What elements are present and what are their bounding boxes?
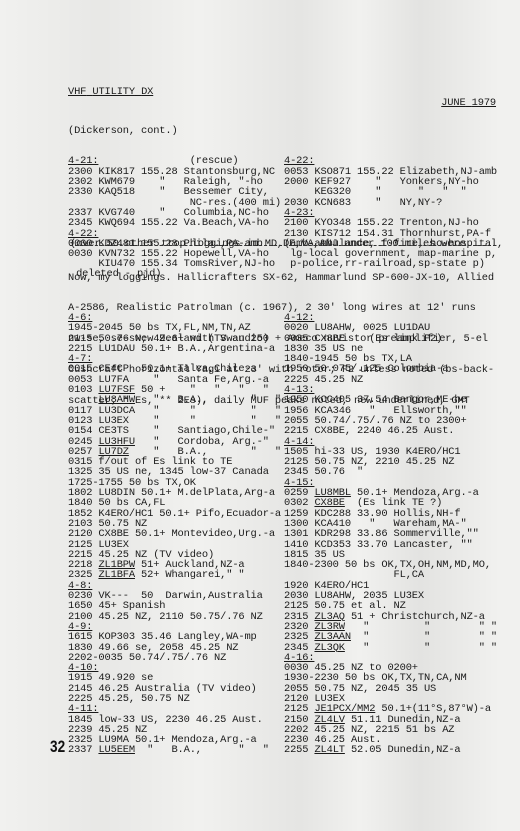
log-entry: 2325 ZL1BFA 52+ Whangarei," " [68, 570, 281, 580]
section-divider [70, 245, 496, 246]
new-station-callsign: ZL4LT [314, 744, 344, 756]
log-entry: 2202-0035 50.74/.75/.76 NZ [68, 653, 281, 663]
log-entry: 2225 45.25 NZ [284, 375, 497, 385]
log-entry: 2345 ZL3QK " " " " [284, 643, 497, 653]
log-entry: 2225 45.25, 50.75 NZ [68, 694, 281, 704]
log-entry: 2100 45.25 NZ, 2110 50.75/.76 NZ [68, 612, 281, 622]
page-number: 32 [50, 737, 65, 757]
log-entry: 2120 CX8BE 50.1+ Montevideo,Urg.-a [68, 529, 281, 539]
log-entry: 1301 KDR298 33.86 Sommerville,"" [284, 529, 497, 539]
document-page: VHF UTILITY DX JUNE 1979 (Dickerson, con… [0, 0, 520, 831]
log-entry: 2215 CX8BE, 2240 46.25 Aust. [284, 426, 497, 436]
right-log-column: 4-12:0020 LU8AHW, 0025 LU1DAU0035 CX8BE … [284, 313, 497, 756]
left-log-column: 4-6:1945-2045 50 bs TX,FL,NM,TN,AZ2115 5… [68, 313, 281, 756]
log-entry: 2345 50.76 " [284, 467, 497, 477]
intro-text: (Dickerson, cont.) [68, 126, 281, 136]
section-title: VHF UTILITY DX [68, 87, 153, 97]
new-station-callsign: LU5EEM [98, 744, 135, 756]
new-station-callsign: ZL1BFA [98, 569, 135, 581]
log-entry: 2030 KCN683 " NY,NY-? [284, 198, 503, 208]
new-station-callsign: ZL3QK [314, 642, 344, 654]
log-entry: 2215 LU1DAU 50.1+ B.A.,Argentina-a [68, 344, 281, 354]
log-entry: 2255 ZL4LT 52.05 Dunedin,NZ-a [284, 745, 497, 755]
log-entry: 1615 KOP303 35.46 Langley,WA-mp [68, 632, 281, 642]
log-entry: 2337 LU5EEM " B.A., " " [68, 745, 281, 755]
